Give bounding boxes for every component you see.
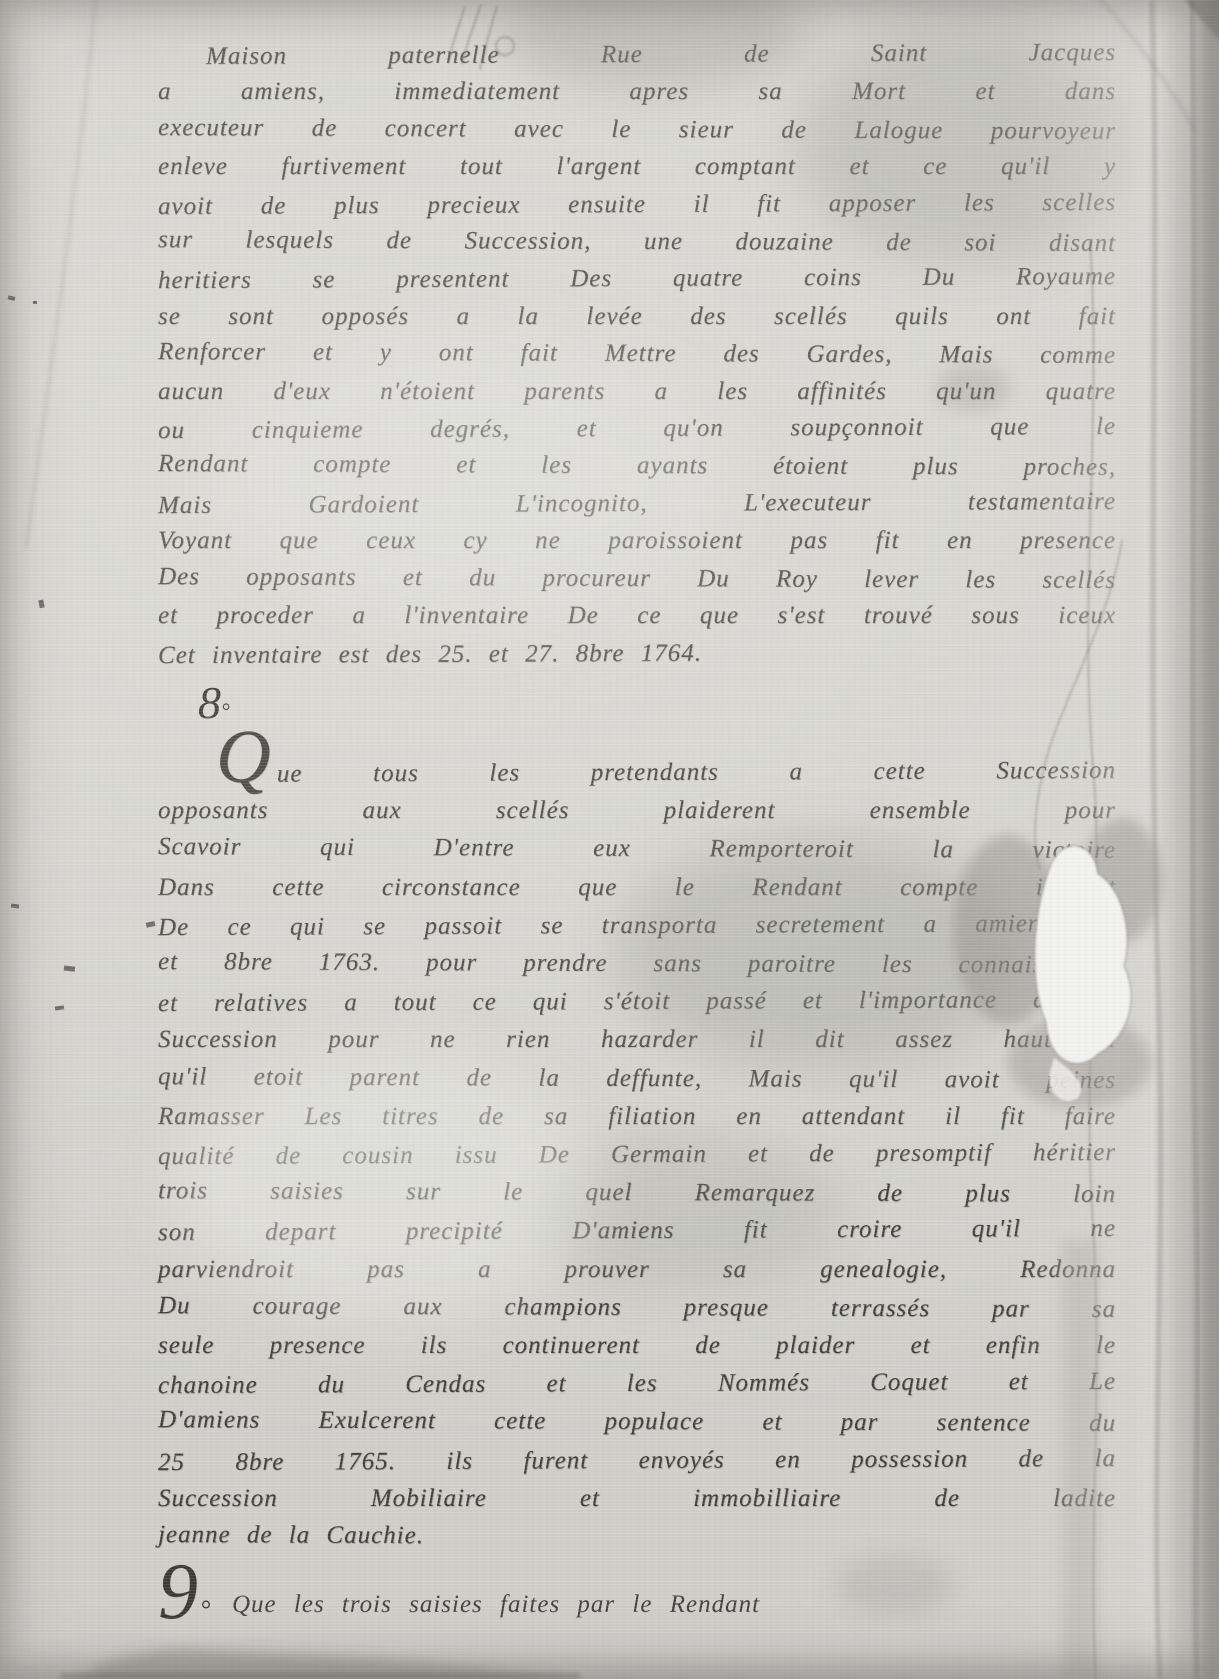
manuscript-line: 25 8bre 1765. ils furent envoyés en poss… (158, 1439, 1116, 1481)
manuscript-line: Que tous les pretendants a cette Success… (158, 748, 1116, 794)
manuscript-line: a amiens, immediatement apres sa Mort et… (158, 73, 1116, 110)
manuscript-line: Ramasser Les titres de sa filiation en a… (158, 1098, 1116, 1136)
corner-notch-top-right (1184, 0, 1219, 42)
crease-top-left (26, 0, 96, 548)
manuscript-line: Cet inventaire est des 25. et 27. 8bre 1… (158, 632, 1116, 674)
ink-specks (8, 295, 156, 1010)
manuscript-line: De ce qui se passoit se transporta secre… (158, 905, 1116, 947)
right-fold-band (1128, 0, 1219, 1679)
article-9: 9° Que les trois saisies faites par le R… (158, 1562, 1116, 1640)
manuscript-line: et 8bre 1763. pour prendre sans paroitre… (158, 943, 1116, 985)
paragraph-continuation: Maison paternelle Rue de Saint Jacquesa … (158, 36, 1116, 672)
manuscript-line: se sont opposés a la levée des scellés q… (158, 298, 1116, 335)
manuscript-line: trois saisies sur le quel Remarquez de p… (158, 1172, 1116, 1214)
manuscript-line: Mais Gardoient L'incognito, L'executeur … (158, 483, 1116, 525)
fold-line-outer (1192, 0, 1197, 1679)
manuscript-line: Succession pour ne rien hazarder il dit … (158, 1021, 1116, 1059)
manuscript-line: jeanne de la Cauchie. (158, 1516, 1116, 1558)
manuscript-line: et relatives a tout ce qui s'étoit passé… (158, 981, 1116, 1023)
article-9-marker: 9° (158, 1562, 232, 1640)
manuscript-line: et proceder a l'inventaire De ce que s'e… (158, 597, 1116, 634)
manuscript-line: sur lesquels de Succession, une douzaine… (158, 221, 1116, 262)
manuscript-line: executeur de concert avec le sieur de La… (158, 109, 1116, 150)
article-8-marker: 8° (158, 672, 1116, 750)
manuscript-line: D'amiens Exulcerent cette populace et pa… (158, 1402, 1116, 1444)
manuscript-line: enleve furtivement tout l'argent comptan… (158, 148, 1116, 185)
manuscript-text: Maison paternelle Rue de Saint Jacquesa … (158, 36, 1116, 1640)
manuscript-line: Que les trois saisies faites par le Rend… (232, 1562, 760, 1640)
manuscript-line: heritiers se presentent Des quatre coins… (158, 258, 1116, 300)
manuscript-line: chanoine du Cendas et les Nommés Coquet … (158, 1363, 1116, 1405)
manuscript-line: Scavoir qui D'entre eux Remporteroit la … (158, 828, 1116, 870)
article-8-body: Que tous les pretendants a cette Success… (158, 750, 1116, 1556)
manuscript-line: Dans cette circonstance que le Rendant c… (158, 869, 1116, 907)
manuscript-line: Du courage aux champions presque terrass… (158, 1287, 1116, 1329)
page-under-edge (1198, 0, 1219, 1679)
manuscript-line: Succession Mobiliaire et immobilliaire d… (158, 1480, 1116, 1518)
manuscript-line: son depart precipité D'amiens fit croire… (158, 1210, 1116, 1252)
manuscript-line: Des opposants et du procureur Du Roy lev… (158, 558, 1116, 599)
manuscript-line: opposants aux scellés plaiderent ensembl… (158, 792, 1116, 830)
manuscript-line: aucun d'eux n'étoient parents a les affi… (158, 373, 1116, 410)
manuscript-line: qualité de cousin issu De Germain et de … (158, 1134, 1116, 1176)
manuscript-page: Maison paternelle Rue de Saint Jacquesa … (0, 0, 1219, 1679)
manuscript-line: Maison paternelle Rue de Saint Jacques (158, 34, 1116, 76)
manuscript-line: ou cinquieme degrés, et qu'on soupçonnoi… (158, 408, 1116, 450)
manuscript-line: Rendant compte et les ayants étoient plu… (158, 446, 1116, 487)
bottom-edge-shadow (78, 1648, 562, 1679)
manuscript-line: Voyant que ceux cy ne paroissoient pas f… (158, 522, 1116, 559)
manuscript-line: seule presence ils continuerent de plaid… (158, 1327, 1116, 1365)
manuscript-line: qu'il etoit parent de la deffunte, Mais … (158, 1058, 1116, 1100)
manuscript-line: parviendroit pas a prouver sa genealogie… (158, 1251, 1116, 1289)
manuscript-line: Renforcer et y ont fait Mettre des Garde… (158, 333, 1116, 374)
manuscript-line: avoit de plus precieux ensuite il fit ap… (158, 184, 1116, 226)
fold-line-mid (1152, 0, 1160, 1679)
bottom-edge-line (60, 1673, 580, 1679)
